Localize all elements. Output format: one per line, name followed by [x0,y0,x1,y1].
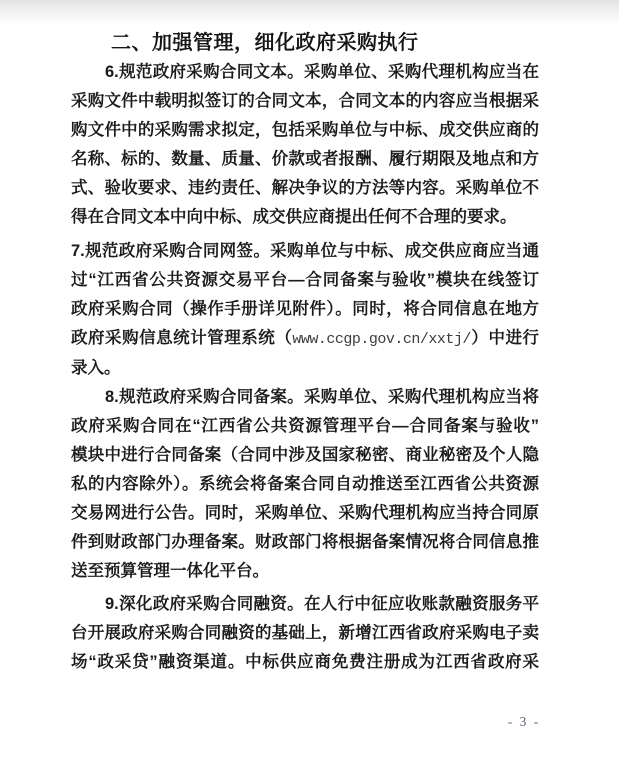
body-line: 名称、标的、数量、质量、价款或者报酬、履行期限及地点和方 [71,145,539,174]
body-line: 过“江西省公共资源交易平台—合同备案与验收”模块在线签订 [71,266,539,295]
website-url: www.ccgp.gov.cn/xxtj/ [292,331,471,348]
body-line: 台开展政府采购合同融资的基础上，新增江西省政府采购电子卖 [71,619,539,648]
body-line: 7.规范政府采购合同网签。采购单位与中标、成交供应商应当通 [71,237,539,266]
body-line: 交易网进行公告。同时，采购单位、采购代理机构应当持合同原 [71,499,539,528]
body-line: 6.规范政府采购合同文本。采购单位、采购代理机构应当在 [71,58,539,87]
body-line: 政府采购合同在“江西省公共资源管理平台—合同备案与验收” [71,412,539,441]
document-body: 二、加强管理，细化政府采购执行 6.规范政府采购合同文本。采购单位、采购代理机构… [71,29,539,677]
paragraph-8: 8.规范政府采购合同备案。采购单位、采购代理机构应当将 政府采购合同在“江西省公… [71,383,539,586]
body-line: 得在合同文本中向中标、成交供应商提出任何不合理的要求。 [71,203,539,232]
document-page: 二、加强管理，细化政府采购执行 6.规范政府采购合同文本。采购单位、采购代理机构… [0,0,619,770]
body-line: 购文件中的采购需求拟定，包括采购单位与中标、成交供应商的 [71,116,539,145]
body-line-with-url: 政府采购信息统计管理系统（www.ccgp.gov.cn/xxtj/）中进行 [71,324,539,354]
paragraph-7: 7.规范政府采购合同网签。采购单位与中标、成交供应商应当通 过“江西省公共资源交… [71,237,539,383]
body-line: 政府采购合同（操作手册详见附件）。同时，将合同信息在地方 [71,295,539,324]
body-line: 模块中进行合同备案（合同中涉及国家秘密、商业秘密及个人隐 [71,441,539,470]
page-number: - 3 - [489,712,559,732]
paragraph-6: 6.规范政府采购合同文本。采购单位、采购代理机构应当在 采购文件中载明拟签订的合… [71,58,539,232]
body-line: 件到财政部门办理备案。财政部门将根据备案情况将合同信息推 [71,528,539,557]
body-line: 式、验收要求、违约责任、解决争议的方法等内容。采购单位不 [71,174,539,203]
url-line-suffix: ）中进行 [471,329,539,347]
url-line-prefix: 政府采购信息统计管理系统（ [71,329,292,347]
body-line: 场“政采贷”融资渠道。中标供应商免费注册成为江西省政府采 [71,648,539,677]
body-line: 录入。 [71,354,539,383]
body-line: 送至预算管理一体化平台。 [71,557,539,586]
paragraph-9: 9.深化政府采购合同融资。在人行中征应收账款融资服务平 台开展政府采购合同融资的… [71,590,539,677]
body-line: 采购文件中载明拟签订的合同文本，合同文本的内容应当根据采 [71,87,539,116]
body-line: 9.深化政府采购合同融资。在人行中征应收账款融资服务平 [71,590,539,619]
body-line: 私的内容除外）。系统会将备案合同自动推送至江西省公共资源 [71,470,539,499]
section-heading: 二、加强管理，细化政府采购执行 [71,29,539,58]
body-line: 8.规范政府采购合同备案。采购单位、采购代理机构应当将 [71,383,539,412]
